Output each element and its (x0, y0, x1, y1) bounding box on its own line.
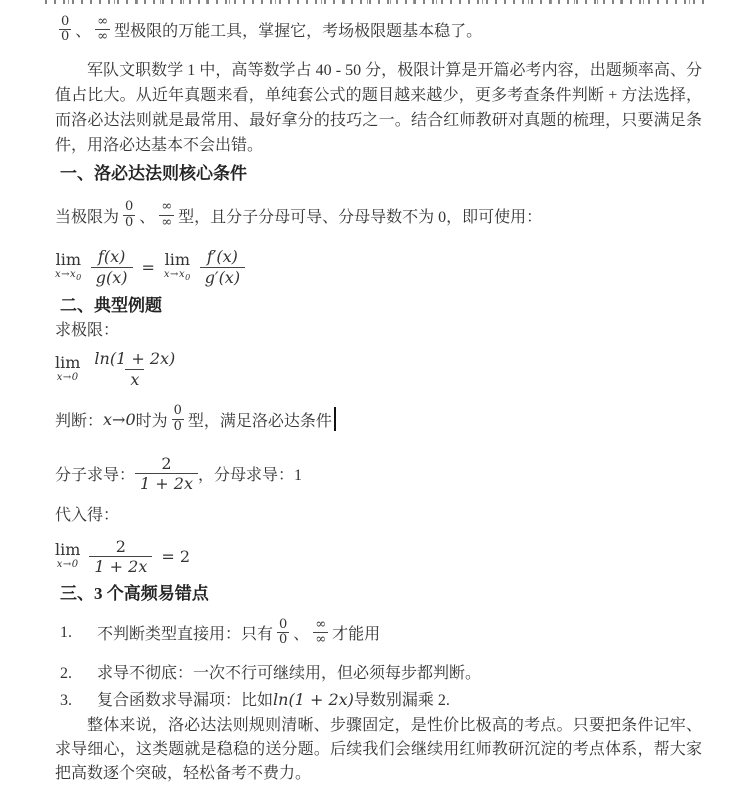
fraction-numerator: 0 (172, 404, 184, 418)
condition-line: 当极限为 0 0 、 ∞ ∞ 型，且分子分母可导、分母导数不为 0，即可使用： (55, 198, 702, 232)
lim-subscript-sub: 0 (185, 273, 191, 282)
equals-sign: = (142, 258, 155, 277)
fraction-numerator: ∞ (95, 15, 110, 29)
outro-paragraph: 整体来说，洛必达法则规则清晰、步骤固定，是性价比极高的考点。只要把条件记牢、求导… (55, 714, 702, 786)
substitute-label: 代入得： (55, 507, 702, 525)
fraction-numerator: 0 (123, 200, 135, 214)
fraction-denominator: g′(x) (200, 267, 245, 287)
fraction-numerator: ∞ (159, 200, 174, 214)
clipped-previous-line (45, 0, 707, 4)
mistake-lead-text: 不判断类型直接用：只有 (97, 621, 273, 644)
section-heading-core-conditions: 一、洛必达法则核心条件 (60, 164, 702, 184)
equals-result: = 2 (161, 547, 190, 566)
fraction-fprime-gprime: f′(x) g′(x) (200, 247, 245, 286)
mistake-lead-text: 复合函数求导漏项：比如 (97, 692, 273, 709)
lim-subscript-text: x→x (55, 269, 76, 280)
lim-subscript: x→0 (57, 560, 79, 570)
list-number: 3. (60, 692, 97, 710)
fraction-denominator: ∞ (95, 29, 110, 44)
section-heading-mistakes: 三、3 个高频易错点 (60, 584, 702, 604)
fraction-numerator: 2 (156, 454, 176, 473)
fraction-denominator: 0 (123, 215, 135, 230)
mistake-text-group: 复合函数求导漏项：比如ln(1 + 2x)导数别漏乘 2. (97, 691, 450, 710)
lim-subscript-sub: 0 (76, 273, 82, 282)
lim-word: lim (56, 252, 81, 268)
condition-separator: 、 (139, 204, 155, 227)
result-formula: lim x→0 2 1 + 2x = 2 (55, 536, 702, 576)
fraction-2-over-1plus2x: 2 1 + 2x (135, 454, 198, 493)
mistake-text: 求导不彻底：一次不行可继续用，但必须每步都判断。 (97, 665, 481, 683)
mistake-item-2: 2. 求导不彻底：一次不行可继续用，但必须每步都判断。 (60, 665, 702, 683)
fraction-zero-zero: 0 0 (59, 15, 71, 45)
fraction-inf-inf: ∞ ∞ (159, 200, 174, 230)
fraction-numerator: f(x) (93, 247, 130, 266)
mistake-separator: 、 (293, 621, 309, 644)
fraction-numerator: 0 (59, 15, 71, 29)
math-ln-expression: ln(1 + 2x) (273, 690, 354, 709)
section-heading-example: 二、典型例题 (60, 296, 702, 316)
fraction-denominator: 0 (277, 632, 289, 647)
example-limit-formula: lim x→0 ln(1 + 2x) x (55, 348, 702, 390)
intro-paragraph: 军队文职数学 1 中，高等数学占 40 - 50 分，极限计算是开篇必考内容，出… (55, 58, 702, 158)
lim-subscript: x→0 (57, 373, 79, 383)
fraction-zero-zero: 0 0 (172, 404, 184, 434)
judgment-lead-text: 判断： (55, 408, 103, 431)
fraction-ln-x: ln(1 + 2x) x (89, 349, 180, 388)
lhopital-rule-formula: lim x→x0 f(x) g(x) = lim x→x0 f′(x) g′(x… (55, 246, 702, 288)
fraction-numerator: f′(x) (202, 247, 243, 266)
derivative-tail-text: ，分母求导：1 (198, 462, 302, 485)
fraction-denominator: 1 + 2x (89, 556, 152, 576)
condition-tail-text: 型，且分子分母可导、分母导数不为 0，即可使用： (178, 204, 542, 227)
fraction-2-over-1plus2x: 2 1 + 2x (89, 537, 152, 576)
lim-subscript-text: x→x (164, 269, 185, 280)
lim-subscript: x→x0 (164, 270, 191, 282)
judgment-tail-text: 型，满足洛必达条件 (188, 408, 332, 431)
lim-word: lim (165, 252, 190, 268)
derivative-lead-text: 分子求导： (55, 462, 135, 485)
limit-operator: lim x→0 (55, 542, 80, 570)
text-cursor (334, 407, 336, 431)
fraction-denominator: 1 + 2x (135, 473, 198, 493)
fraction-fx-gx: f(x) g(x) (91, 247, 133, 286)
fraction-zero-zero: 0 0 (123, 200, 135, 230)
derivative-line: 分子求导： 2 1 + 2x ，分母求导：1 (55, 454, 702, 493)
mistake-item-3: 3. 复合函数求导漏项：比如ln(1 + 2x)导数别漏乘 2. (60, 691, 702, 710)
intro-text: 型极限的万能工具，掌握它，考场极限题基本稳了。 (114, 18, 482, 41)
fraction-numerator: ∞ (313, 618, 328, 632)
intro-line: 0 0 、 ∞ ∞ 型极限的万能工具，掌握它，考场极限题基本稳了。 (55, 13, 702, 46)
fraction-denominator: ∞ (159, 215, 174, 230)
fraction-denominator: 0 (59, 29, 71, 44)
judgment-mid-text: 时为 (136, 408, 168, 431)
fraction-numerator: 0 (277, 618, 289, 632)
condition-lead-text: 当极限为 (55, 204, 119, 227)
mistake-tail-text: 才能用 (332, 621, 380, 644)
judgment-line: 判断： x→0 时为 0 0 型，满足洛必达条件 (55, 402, 702, 436)
intro-separator: 、 (75, 18, 91, 41)
find-limit-label: 求极限： (55, 322, 702, 340)
mistake-tail-text: 导数别漏乘 2. (354, 692, 450, 709)
list-number: 1. (60, 624, 97, 642)
fraction-inf-inf: ∞ ∞ (95, 15, 110, 45)
lim-subscript: x→x0 (55, 270, 82, 282)
fraction-numerator: ln(1 + 2x) (89, 349, 180, 368)
mistake-item-1: 1. 不判断类型直接用：只有 0 0 、 ∞ ∞ 才能用 (60, 616, 702, 649)
fraction-zero-zero: 0 0 (277, 618, 289, 648)
lim-word: lim (55, 355, 80, 371)
list-number: 2. (60, 665, 97, 683)
fraction-numerator: 2 (111, 537, 131, 556)
math-x-to-zero: x→0 (103, 410, 136, 429)
fraction-inf-inf: ∞ ∞ (313, 618, 328, 648)
fraction-denominator: g(x) (91, 267, 133, 287)
fraction-denominator: ∞ (313, 632, 328, 647)
limit-operator: lim x→x0 (164, 252, 191, 282)
document-page[interactable]: 0 0 、 ∞ ∞ 型极限的万能工具，掌握它，考场极限题基本稳了。 军队文职数学… (0, 0, 735, 795)
lim-word: lim (55, 542, 80, 558)
fraction-denominator: 0 (172, 419, 184, 434)
limit-operator: lim x→x0 (55, 252, 82, 282)
limit-operator: lim x→0 (55, 355, 80, 383)
fraction-denominator: x (125, 369, 144, 389)
